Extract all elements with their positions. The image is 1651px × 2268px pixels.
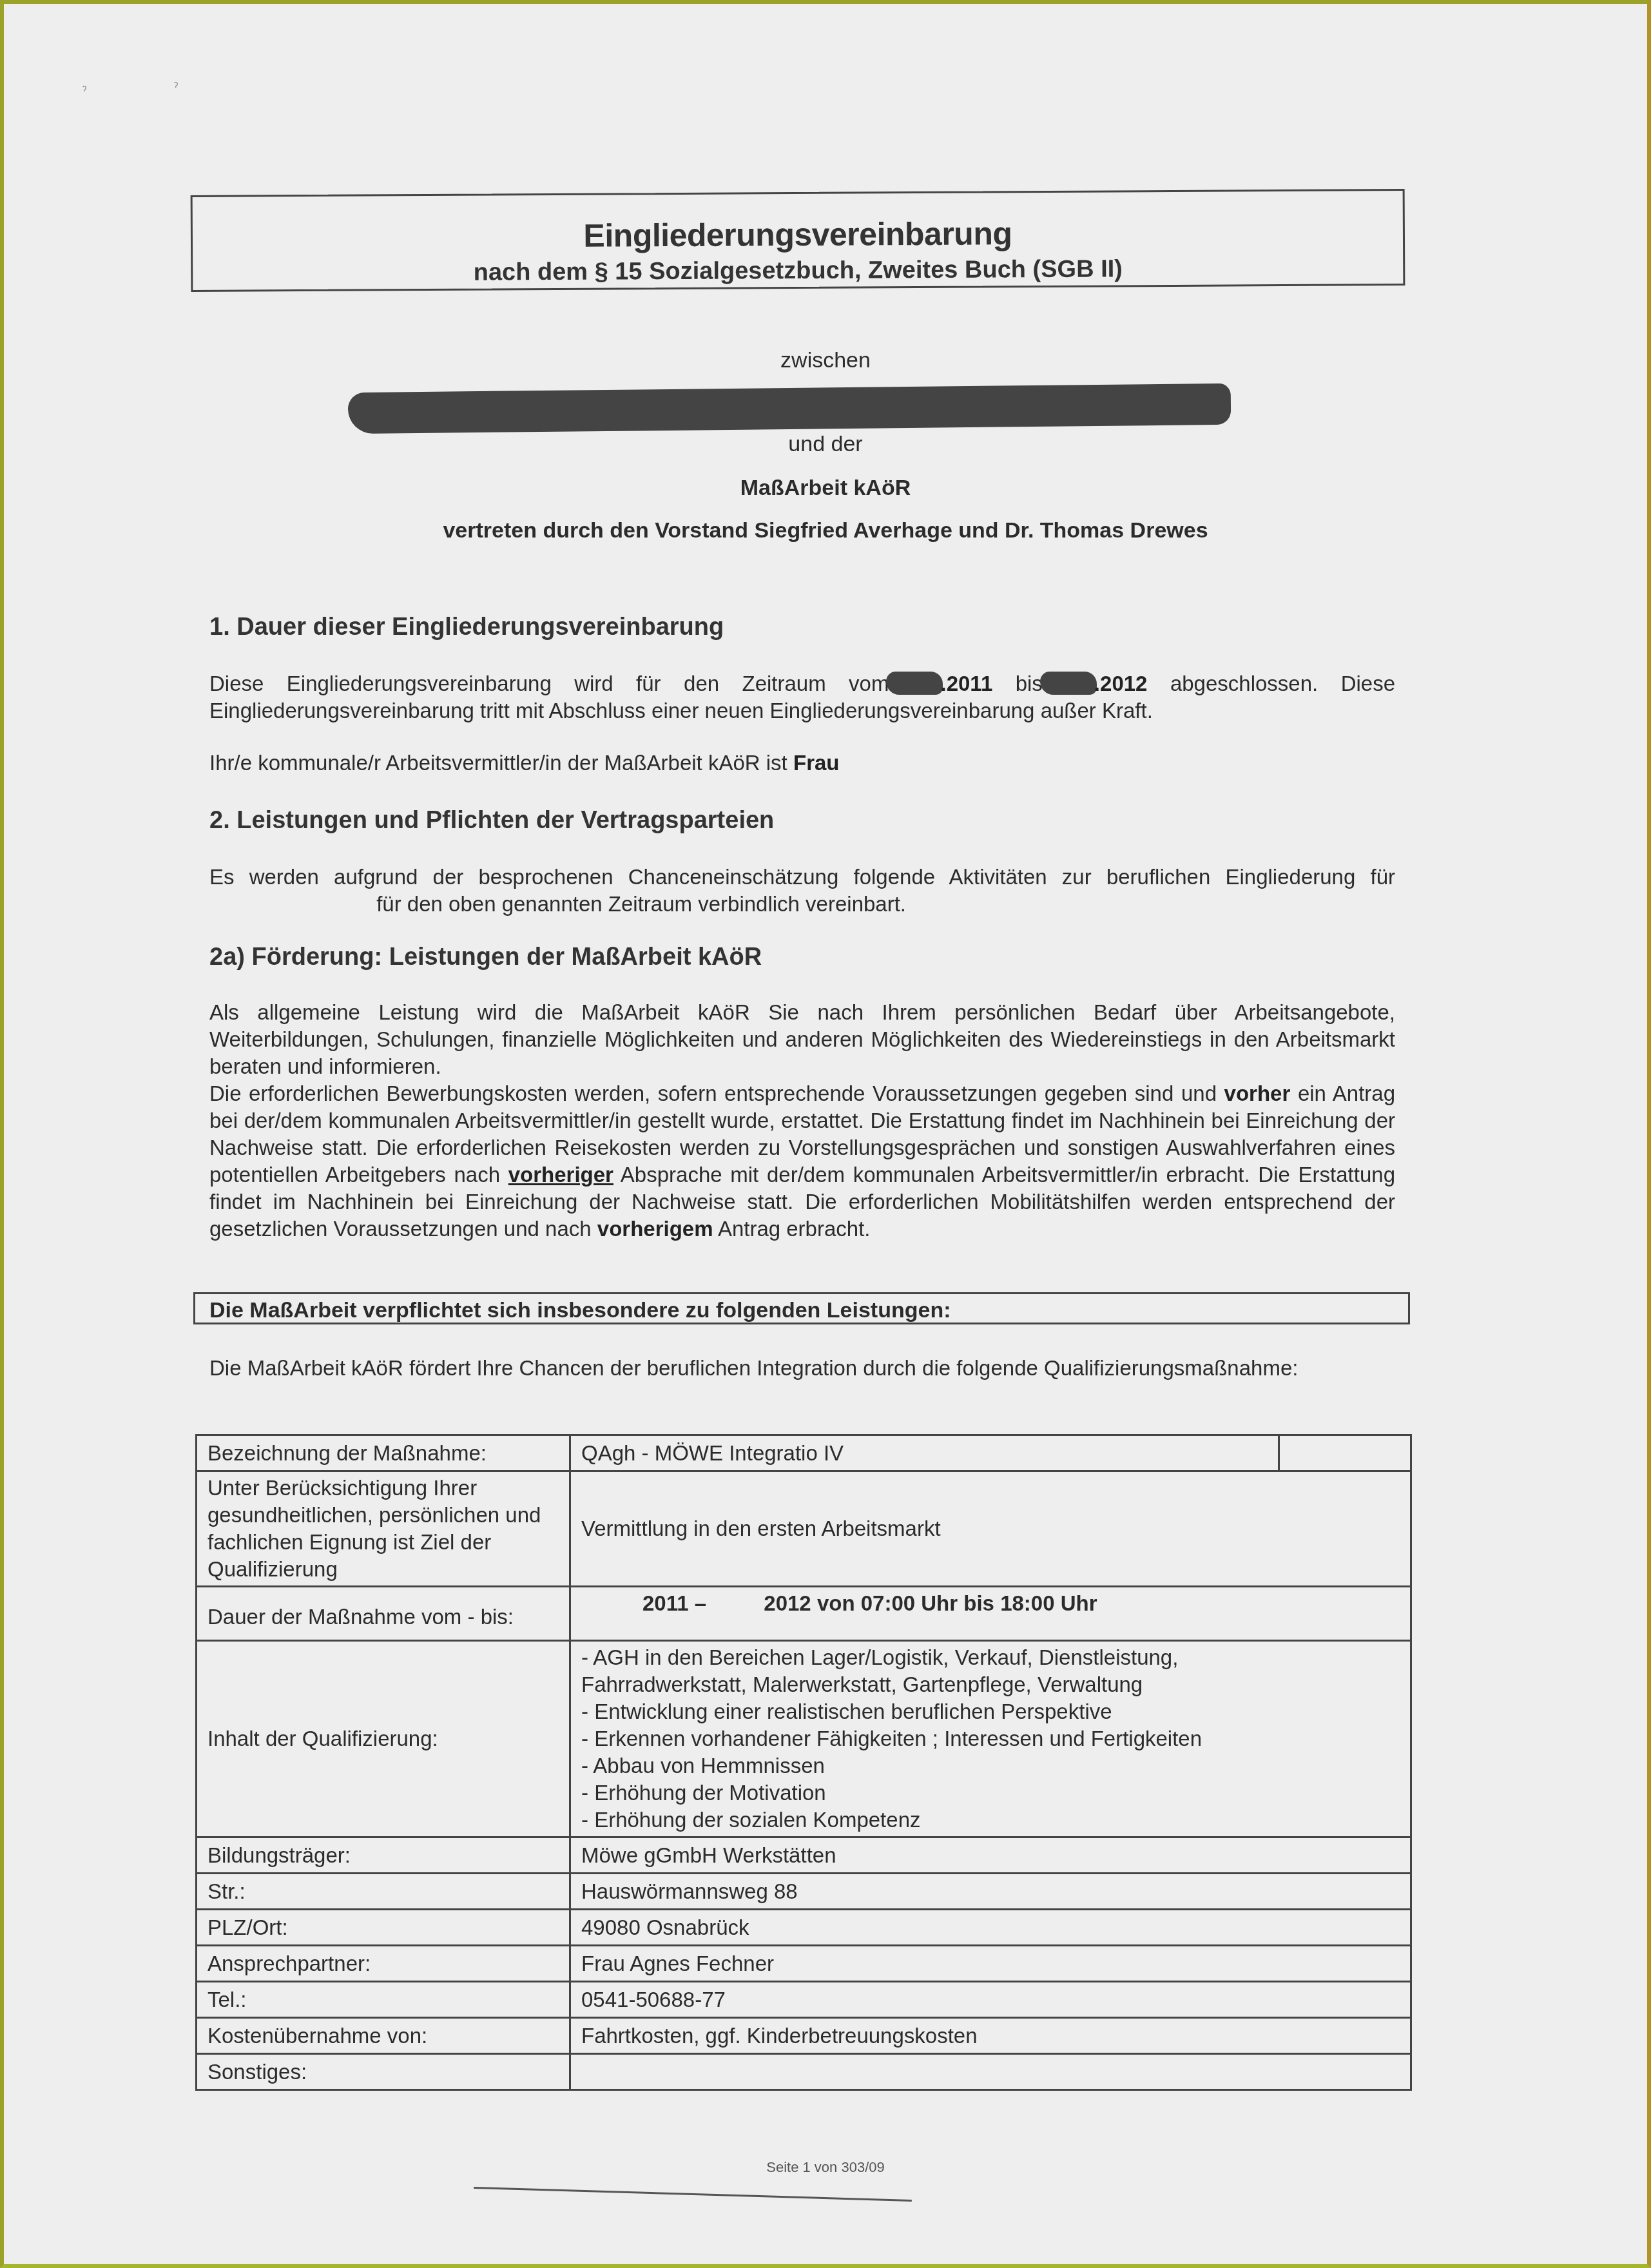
scan-speck: ˀ	[174, 80, 178, 93]
row-label: Ansprechpartner:	[197, 1946, 570, 1982]
table-row: PLZ/Ort: 49080 Osnabrück	[197, 1910, 1411, 1946]
list-item: - Erhöhung der sozialen Kompetenz	[581, 1807, 1400, 1834]
section1-duration-text: Diese Eingliederungsvereinbarung wird fü…	[209, 670, 1395, 724]
organization-name: MaßArbeit kAöR	[0, 476, 1651, 501]
row-label: Tel.:	[197, 1982, 570, 2018]
redacted-date-to	[1040, 672, 1097, 695]
table-row: Bildungsträger: Möwe gGmbH Werkstätten	[197, 1837, 1411, 1874]
section2-text: Es werden aufgrund der besprochenen Chan…	[209, 864, 1395, 918]
section2a-costs-text: Die erforderlichen Bewerbungskosten werd…	[209, 1080, 1395, 1243]
qualification-measure-table: Bezeichnung der Maßnahme: QAgh - MÖWE In…	[195, 1434, 1412, 2091]
row-value: Frau Agnes Fechner	[570, 1946, 1411, 1982]
list-item: - Entwicklung einer realistischen berufl…	[581, 1698, 1400, 1725]
row-value: 0541-50688-77	[570, 1982, 1411, 2018]
document-title: Eingliederungsvereinbarung	[193, 213, 1403, 257]
list-item: - Erkennen vorhandener Fähigkeiten ; Int…	[581, 1725, 1400, 1752]
represented-by: vertreten durch den Vorstand Siegfried A…	[0, 518, 1651, 543]
table-row: Inhalt der Qualifizierung: - AGH in den …	[197, 1641, 1411, 1837]
row-label: PLZ/Ort:	[197, 1910, 570, 1946]
obligations-box-heading: Die MaßArbeit verpflichtet sich insbeson…	[193, 1292, 1410, 1324]
row-value: 2011 – 2012 von 07:00 Uhr bis 18:00 Uhr	[570, 1587, 1411, 1641]
list-item: - Abbau von Hemmnissen	[581, 1752, 1400, 1779]
table-row: Tel.: 0541-50688-77	[197, 1982, 1411, 2018]
section2a-general-services: Als allgemeine Leistung wird die MaßArbe…	[209, 999, 1395, 1080]
row-label: Bildungsträger:	[197, 1837, 570, 1874]
row-value: 49080 Osnabrück	[570, 1910, 1411, 1946]
table-row: Sonstiges:	[197, 2054, 1411, 2090]
table-row: Dauer der Maßnahme vom - bis: 2011 – 201…	[197, 1587, 1411, 1641]
list-item: - AGH in den Bereichen Lager/Logistik, V…	[581, 1644, 1277, 1698]
between-label: zwischen	[0, 348, 1651, 373]
table-row: Str.: Hauswörmannsweg 88	[197, 1874, 1411, 1910]
row-label: Str.:	[197, 1874, 570, 1910]
row-value: Vermittlung in den ersten Arbeitsmarkt	[570, 1471, 1411, 1587]
row-value: Fahrtkosten, ggf. Kinderbetreuungskosten	[570, 2018, 1411, 2054]
row-label: Bezeichnung der Maßnahme:	[197, 1435, 570, 1471]
document-subtitle: nach dem § 15 Sozialgesetzbuch, Zweites …	[193, 254, 1403, 288]
list-item: - Erhöhung der Motivation	[581, 1779, 1400, 1807]
row-value: Hauswörmannsweg 88	[570, 1874, 1411, 1910]
scan-artifact-line	[474, 2187, 912, 2202]
empty-cell	[1279, 1435, 1411, 1471]
row-label: Sonstiges:	[197, 2054, 570, 2090]
section2a-heading: 2a) Förderung: Leistungen der MaßArbeit …	[209, 944, 762, 971]
section1-heading: 1. Dauer dieser Eingliederungsvereinbaru…	[209, 614, 724, 641]
section1-agent-text: Ihr/e kommunale/r Arbeitsvermittler/in d…	[209, 750, 1395, 777]
row-label: Inhalt der Qualifizierung:	[197, 1641, 570, 1837]
table-row: Kostenübernahme von: Fahrtkosten, ggf. K…	[197, 2018, 1411, 2054]
row-label: Kostenübernahme von:	[197, 2018, 570, 2054]
row-value-list: - AGH in den Bereichen Lager/Logistik, V…	[570, 1641, 1411, 1837]
row-value: Möwe gGmbH Werkstätten	[570, 1837, 1411, 1874]
row-label: Unter Berücksichtigung Ihrer gesundheitl…	[197, 1471, 570, 1587]
table-row: Unter Berücksichtigung Ihrer gesundheitl…	[197, 1471, 1411, 1587]
and-label: und der	[0, 432, 1651, 457]
scan-speck: ˀ	[82, 84, 86, 97]
row-label: Dauer der Maßnahme vom - bis:	[197, 1587, 570, 1641]
redacted-party-name	[348, 383, 1231, 434]
title-box: Eingliederungsvereinbarung nach dem § 15…	[191, 189, 1405, 292]
table-row: Ansprechpartner: Frau Agnes Fechner	[197, 1946, 1411, 1982]
page-footer: Seite 1 von 303/09	[0, 2159, 1651, 2176]
row-value	[570, 2054, 1411, 2090]
section2-heading: 2. Leistungen und Pflichten der Vertrags…	[209, 807, 774, 835]
table-row: Bezeichnung der Maßnahme: QAgh - MÖWE In…	[197, 1435, 1411, 1471]
row-value: QAgh - MÖWE Integratio IV	[570, 1435, 1279, 1471]
redacted-date-from	[886, 672, 943, 695]
obligations-intro: Die MaßArbeit kAöR fördert Ihre Chancen …	[209, 1355, 1395, 1382]
